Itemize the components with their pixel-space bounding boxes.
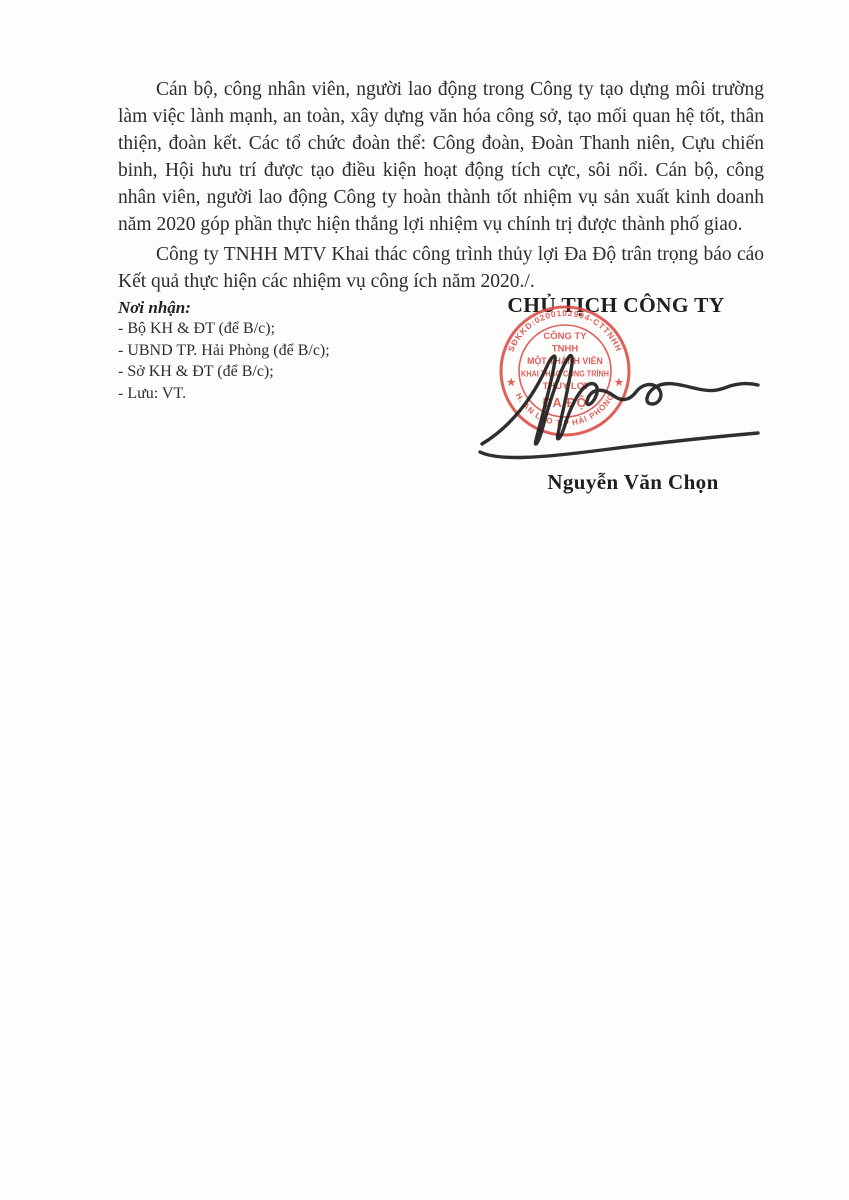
signer-name: Nguyễn Văn Chọn <box>488 470 778 495</box>
paragraph-closing-report: Công ty TNHH MTV Khai thác công trình th… <box>118 241 764 295</box>
paragraph-staff-environment: Cán bộ, công nhân viên, người lao động t… <box>118 76 764 238</box>
recipient-item: - UBND TP. Hải Phòng (để B/c); <box>118 340 418 362</box>
recipients-block: Nơi nhận: - Bộ KH & ĐT (để B/c); - UBND … <box>118 298 418 404</box>
document-page: Cán bộ, công nhân viên, người lao động t… <box>0 0 849 1200</box>
signature-stroke <box>482 356 758 445</box>
handwritten-signature <box>472 340 764 464</box>
recipients-label: Nơi nhận: <box>118 298 418 318</box>
recipient-item: - Lưu: VT. <box>118 383 418 405</box>
body-text-block: Cán bộ, công nhân viên, người lao động t… <box>118 76 764 295</box>
recipient-item: - Bộ KH & ĐT (để B/c); <box>118 318 418 340</box>
recipient-item: - Sở KH & ĐT (để B/c); <box>118 361 418 383</box>
signature-underline <box>480 433 758 458</box>
